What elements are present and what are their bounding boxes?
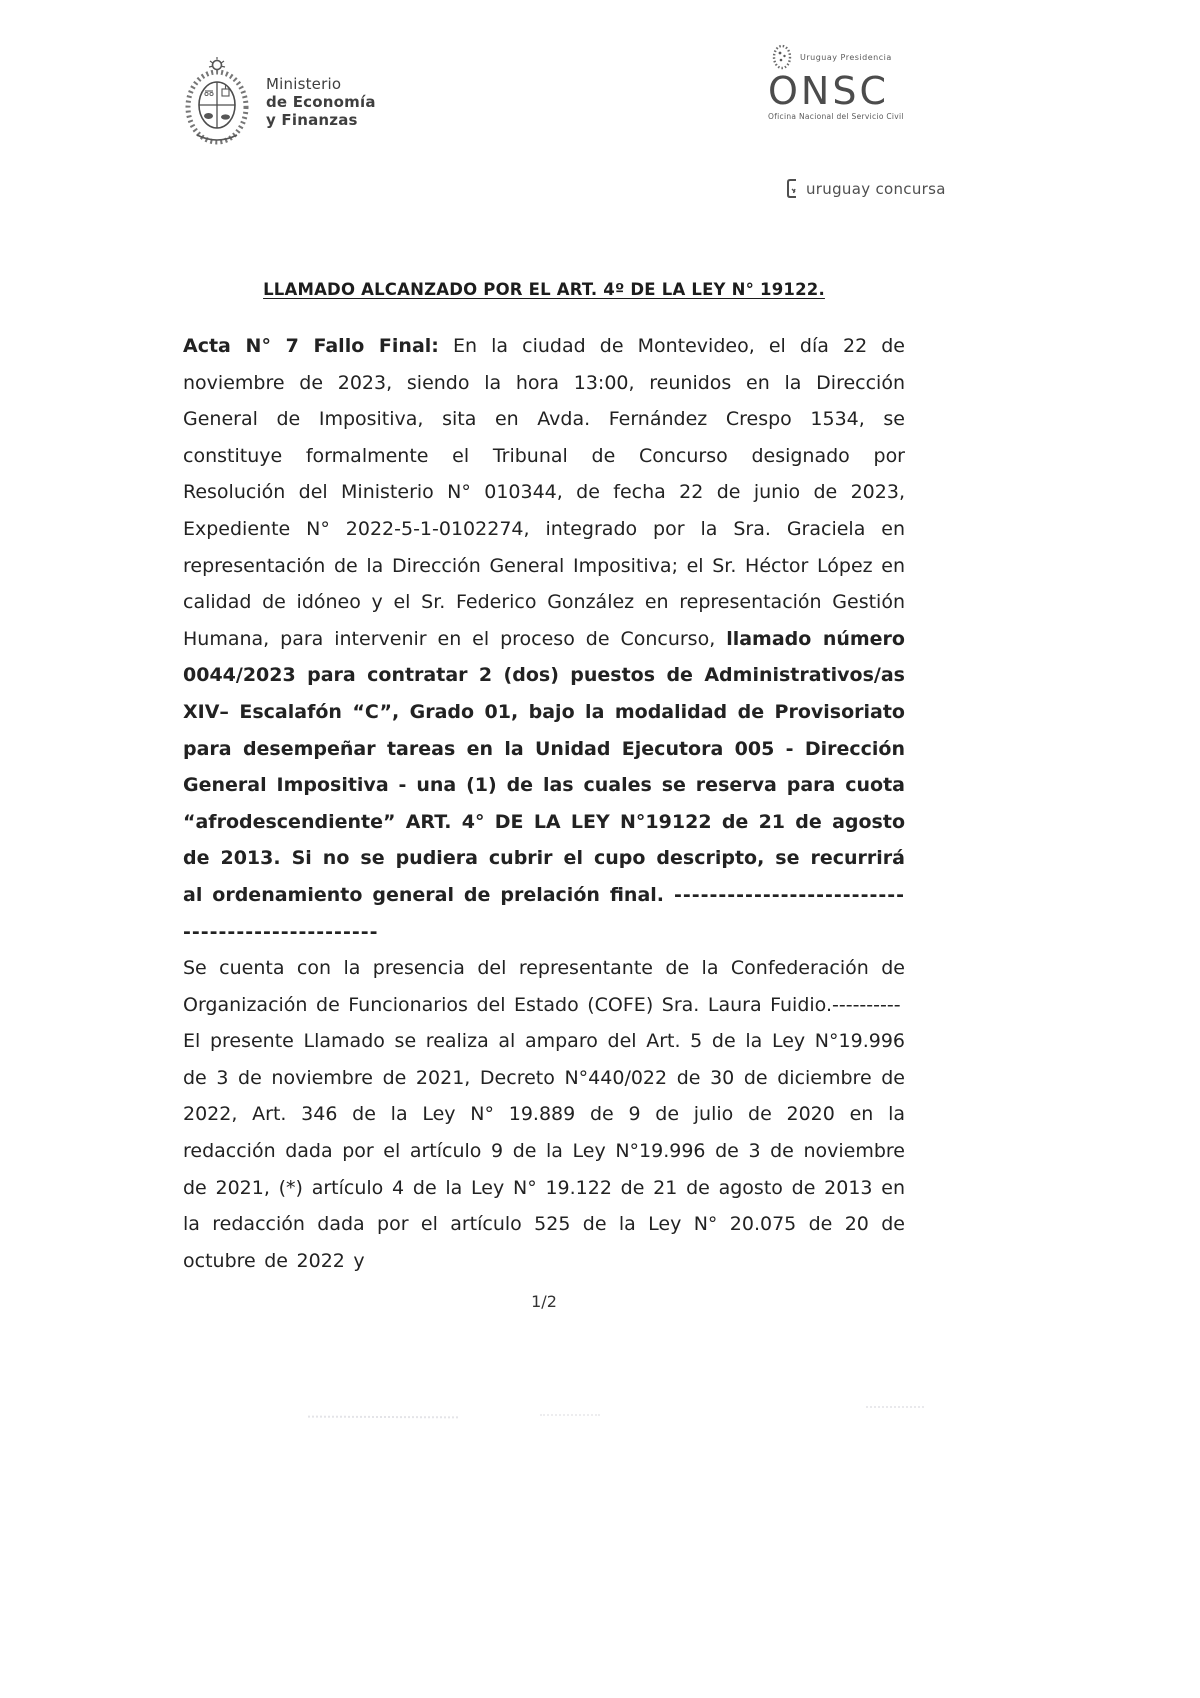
call-details-bold: llamado número 0044/2023 para contratar … [183, 628, 905, 906]
acta-intro-text: En la ciudad de Montevideo, el día 22 de… [183, 335, 905, 650]
scan-artifact [540, 1414, 600, 1416]
uruguay-coat-of-arms-icon [183, 55, 251, 147]
scan-artifact [308, 1416, 458, 1419]
presidencia-label: Uruguay Presidencia [800, 53, 892, 62]
onsc-acronym: ONSC [768, 72, 918, 110]
document-title: LLAMADO ALCANZADO POR EL ART. 4º DE LA L… [183, 280, 905, 299]
acta-lead-bold: Acta N° 7 Fallo Final: [183, 335, 439, 357]
ministry-logo: Ministerio de Economía y Finanzas [183, 55, 376, 147]
acta-paragraph: Acta N° 7 Fallo Final: En la ciudad de M… [183, 328, 905, 950]
uruguay-concursa-logo: uruguay concursa [786, 178, 946, 199]
ministry-name-line2: de Economía [266, 93, 376, 111]
onsc-logo: Uruguay Presidencia ONSC Oficina Naciona… [768, 44, 918, 121]
presidencia-row: Uruguay Presidencia [772, 44, 918, 70]
ministry-name-line1: Ministerio [266, 75, 376, 93]
ministry-name-line3: y Finanzas [266, 111, 376, 129]
attendance-paragraph: Se cuenta con la presencia del represent… [183, 950, 905, 1023]
uruguay-concursa-icon [786, 178, 801, 199]
scan-artifact [866, 1406, 924, 1408]
onsc-subtitle: Oficina Nacional del Servicio Civil [768, 112, 918, 121]
page-number: 1/2 [183, 1292, 905, 1311]
presidencia-emblem-icon [772, 44, 792, 70]
ministry-name: Ministerio de Economía y Finanzas [266, 75, 376, 129]
legal-basis-paragraph: El presente Llamado se realiza al amparo… [183, 1023, 905, 1279]
uruguay-concursa-label: uruguay concursa [806, 180, 946, 198]
scanned-document-page: Ministerio de Economía y Finanzas Urugua… [0, 0, 1200, 1698]
document-body: Acta N° 7 Fallo Final: En la ciudad de M… [183, 328, 905, 1279]
